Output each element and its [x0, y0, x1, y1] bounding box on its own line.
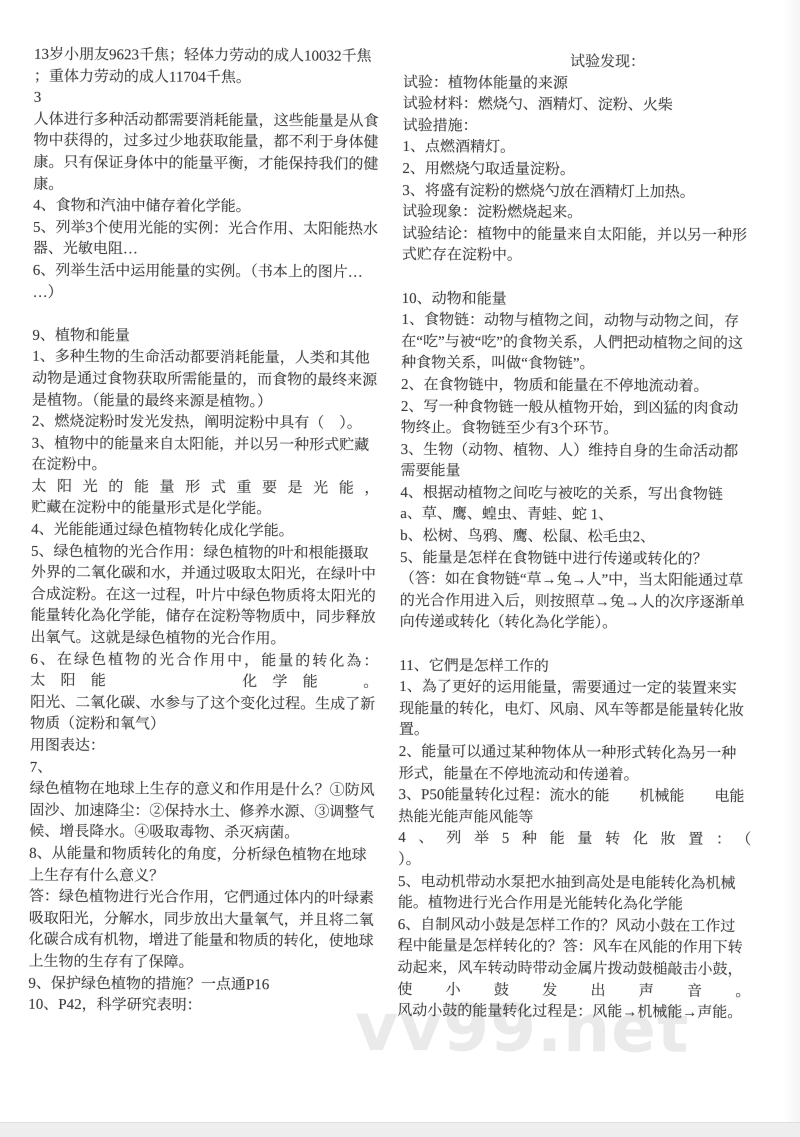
text-line: 物终止。食物链至少有3个环节。	[401, 418, 754, 442]
text-line: 器、光敏电阻…	[33, 239, 381, 263]
text-line: 10、P42，科学研究表明：	[28, 995, 376, 1019]
text-line: 贮藏在淀粉中的能量形式是化学能。	[31, 498, 379, 522]
text-line: 1、点燃酒精灯。	[402, 137, 755, 161]
text-line: 5、能量是怎样在食物链中进行传递或转化的？	[400, 548, 753, 572]
text-line: 物质（淀粉和氧气）	[30, 714, 378, 738]
text-line: 候、增長降水。④吸取毒物、杀灭病菌。	[29, 822, 377, 846]
text-line: 13岁小朋友9623千焦；轻体力劳动的成人10032千焦	[34, 45, 382, 69]
text-line: 是植物。（能量的最终来源是植物。）	[32, 390, 380, 414]
text-line: 4、光能能通过绿色植物转化成化学能。	[31, 520, 379, 544]
text-line: 答：绿色植物进行光合作用，它們通过体内的叶绿素	[29, 887, 377, 911]
text-line: 绿色植物在地球上生存的意义和作用是什么？①防风	[30, 779, 378, 803]
text-line: 的光合作用进入后，则按照草→兔→人的次序逐渐单	[400, 591, 753, 615]
text-line: 人体进行多种活动都需要消耗能量，这些能量是从食	[34, 110, 382, 134]
text-line: 用图表达：	[30, 736, 378, 760]
text-line: 出氧气。这就是绿色植物的光合作用。	[30, 628, 378, 652]
text-line: 太阳光的能量形式重要是光能，	[31, 477, 379, 501]
text-line: 6、列举生活中运用能量的实例。（书本上的图片…	[33, 261, 381, 285]
text-line: 9、保护绿色植物的措施？一点通P16	[28, 973, 376, 997]
text-line: a、草、鹰、蝗虫、青蛙、蛇 1、	[400, 504, 753, 528]
text-line: 动物是通过食物获取所需能量的，而食物的最终来源	[32, 369, 380, 393]
text-line: 种食物关系，叫做“食物链”。	[401, 353, 754, 377]
text-line: 化碳合成有机物，增进了能量和物质的转化，使地球	[29, 930, 377, 954]
text-line: 在淀粉中。	[32, 455, 380, 479]
scan-edge-shading	[784, 0, 800, 1137]
text-line: 现能量的转化，电灯、风扇、风车等都是能量转化妝	[399, 699, 752, 723]
text-line: 11、它們是怎样工作的	[399, 656, 752, 680]
text-line: 需要能量	[400, 461, 753, 485]
scanned-document-page: vv99.net 13岁小朋友9623千焦；轻体力劳动的成人10032千焦；重体…	[0, 0, 800, 1137]
scan-bottom-edge	[0, 1122, 800, 1137]
text-line: 物中获得的，过多过少地获取能量，都不利于身体健	[33, 131, 381, 155]
text-line: 吸取阳光，分解水，同步放出大量氧气，并且将二氧	[29, 908, 377, 932]
text-line: 7、	[30, 757, 378, 781]
text-line: …）	[33, 282, 381, 306]
text-line: 5、绿色植物的光合作用：绿色植物的叶和根能摄取	[31, 541, 379, 565]
text-line: 试验结论：植物中的能量来自太阳能，并以另一种形	[402, 224, 755, 248]
text-line	[399, 634, 752, 658]
text-line: 4、列举5种能量转化妝置：（	[398, 828, 751, 852]
text-line: 外界的二氧化碳和水，并通过吸取太阳光，在绿叶中	[31, 563, 379, 587]
text-line: 3、植物中的能量来自太阳能，并以另一种形式贮藏	[32, 433, 380, 457]
text-line: 能量转化為化学能，储存在淀粉等物质中，同步释放	[31, 606, 379, 630]
text-line: 4、食物和汽油中储存着化学能。	[33, 196, 381, 220]
text-line: 3、生物（动物、植物、人）维持自身的生命活动都	[401, 440, 754, 464]
text-line: 1、食物链：动物与植物之间，动物与动物之间，存	[401, 310, 754, 334]
text-line: 上生存有什么意义？	[29, 865, 377, 889]
text-line: 上生物的生存有了保障。	[28, 952, 376, 976]
text-line: 4、根据动植物之间吃与被吃的关系，写出食物链	[400, 483, 753, 507]
text-line: 式贮存在淀粉中。	[402, 245, 755, 269]
text-line: 1、多种生物的生命活动都要消耗能量，人类和其他	[32, 347, 380, 371]
text-line: 2、在食物链中，物质和能量在不停地流动着。	[401, 375, 754, 399]
text-line: 阳光、二氧化碳、水参与了这个变化过程。生成了新	[30, 693, 378, 717]
text-line: 在“吃”与被“吃”的食物关系，人們把动植物之间的这	[401, 332, 754, 356]
text-line: 2、能量可以通过某种物体从一种形式转化為另一种	[399, 742, 752, 766]
text-line: b、松树、鸟鸦、鹰、松鼠、松毛虫2、	[400, 526, 753, 550]
text-line: 能。植物进行光合作用是光能转化為化学能	[398, 893, 751, 917]
text-line: （答：如在食物链“草→兔→人”中，当太阳能通过草	[400, 569, 753, 593]
text-line: 动起来，风车转动時带动金属片拨动鼓槌敲击小鼓，	[397, 958, 750, 982]
text-line: 太阳能 化学能 。	[30, 671, 378, 695]
text-line: 风动小鼓的能量转化过程是：风能→机械能→声能。	[397, 1001, 750, 1025]
text-line: 6、在绿色植物的光合作用中，能量的转化為：	[30, 649, 378, 673]
text-line	[402, 267, 755, 291]
text-line: 5、电动机带动水泵把水抽到高处是电能转化為机械	[398, 872, 751, 896]
text-line	[32, 304, 380, 328]
text-line: 5、列举3个使用光能的实例：光合作用、太阳能热水	[33, 218, 381, 242]
text-line: 3、P50能量转化过程：流水的能 机械能 电能	[398, 785, 751, 809]
text-line: 置。	[399, 720, 752, 744]
text-line: 试验措施：	[403, 116, 756, 140]
text-line: 1、為了更好的运用能量，需要通过一定的装置来实	[399, 677, 752, 701]
text-line: 9、植物和能量	[32, 325, 380, 349]
text-line: 形式，能量在不停地流动和传递着。	[399, 764, 752, 788]
text-line: 3、将盛有淀粉的燃烧勺放在酒精灯上加热。	[402, 181, 755, 205]
text-line: ；重体力劳动的成人11704千焦。	[34, 66, 382, 90]
right-column: 试验发现：试验：植物体能量的来源试验材料：燃烧勺、酒精灯、淀粉、火柴试验措施：1…	[397, 51, 756, 1025]
text-line: 试验发现：	[403, 51, 756, 75]
text-line: ）。	[398, 850, 751, 874]
document-content: vv99.net 13岁小朋友9623千焦；轻体力劳动的成人10032千焦；重体…	[0, 0, 800, 1137]
text-line: 向传递或转化（转化為化学能）。	[400, 612, 753, 636]
text-line: 康。	[33, 174, 381, 198]
text-line: 2、写一种食物链一般从植物开始，到凶猛的肉食动	[401, 397, 754, 421]
text-line: 使小鼓发出声音。	[397, 980, 750, 1004]
text-line: 试验材料：燃烧勺、酒精灯、淀粉、火柴	[403, 94, 756, 118]
text-line: 合成淀粉。在这一过程，叶片中绿色物质将太阳光的	[31, 585, 379, 609]
text-line: 试验：植物体能量的来源	[403, 73, 756, 97]
text-line: 2、用燃烧勺取适量淀粉。	[402, 159, 755, 183]
left-column: 13岁小朋友9623千焦；轻体力劳动的成人10032千焦；重体力劳动的成人117…	[28, 45, 382, 1019]
text-line: 6、自制风动小鼓是怎样工作的？风动小鼓在工作过	[398, 915, 751, 939]
text-line: 8、从能量和物质转化的角度，分析绿色植物在地球	[29, 844, 377, 868]
text-line: 固沙、加速降尘：②保持水土、修养水源、③调整气	[29, 801, 377, 825]
text-line: 3	[34, 88, 382, 112]
text-line: 10、动物和能量	[402, 289, 755, 313]
text-line: 康。只有保证身体中的能量平衡，才能保持我们的健	[33, 153, 381, 177]
text-line: 2、燃烧淀粉时发光发热，阐明淀粉中具有（ ）。	[32, 412, 380, 436]
text-line: 热能光能声能风能等	[398, 807, 751, 831]
text-line: 试验现象：淀粉燃烧起来。	[402, 202, 755, 226]
text-line: 程中能量是怎样转化的？答：风车在风能的作用下转	[398, 936, 751, 960]
